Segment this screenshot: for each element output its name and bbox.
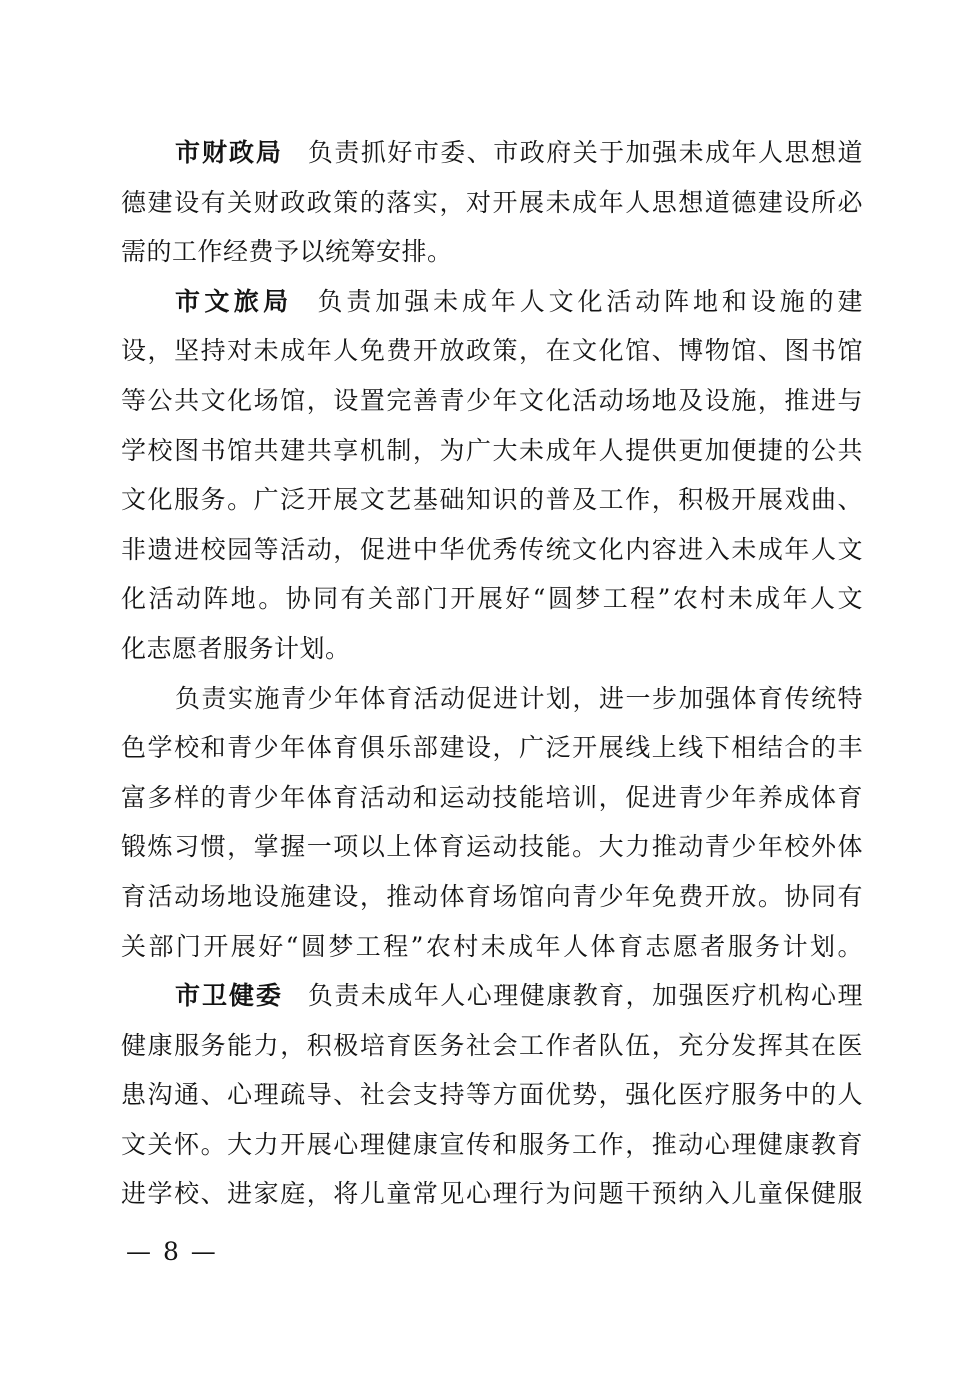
line-text: 关部门开展好“圆梦工程”农村未成年人体育志愿者服务计划。 — [121, 932, 863, 961]
paragraph-last-line: 需的工作经费予以统筹安排。 — [121, 227, 863, 277]
text-line: 富多样的青少年体育活动和运动技能培训，促进青少年养成体育 — [121, 773, 863, 823]
line-text: 负责未成年人心理健康教育，加强医疗机构心理 — [308, 981, 863, 1010]
line-text: 化活动阵地。协同有关部门开展好“圆梦工程”农村未成年人文 — [121, 584, 863, 613]
paragraph-first-line: 市文旅局负责加强未成年人文化活动阵地和设施的建 — [121, 277, 863, 327]
line-text: 健康服务能力，积极培育医务社会工作者队伍，充分发挥其在医 — [121, 1031, 863, 1060]
document-page: 市财政局负责抓好市委、市政府关于加强未成年人思想道 德建设有关财政政策的落实，对… — [0, 0, 980, 1386]
text-line: 学校图书馆共建共享机制，为广大未成年人提供更加便捷的公共 — [121, 426, 863, 476]
paragraph-first-line: 市财政局负责抓好市委、市政府关于加强未成年人思想道 — [121, 128, 863, 178]
line-text: 设，坚持对未成年人免费开放政策，在文化馆、博物馆、图书馆 — [121, 336, 863, 365]
line-text: 富多样的青少年体育活动和运动技能培训，促进青少年养成体育 — [121, 783, 863, 812]
department-heading: 市卫健委 — [175, 981, 283, 1010]
text-line: 色学校和青少年体育俱乐部建设，广泛开展线上线下相结合的丰 — [121, 723, 863, 773]
line-text: 育活动场地设施建设，推动体育场馆向青少年免费开放。协同有 — [121, 882, 863, 911]
line-text: 非遗进校园等活动，促进中华优秀传统文化内容进入未成年人文 — [121, 535, 863, 564]
text-line: 关部门开展好“圆梦工程”农村未成年人体育志愿者服务计划。 — [121, 922, 863, 972]
text-line: 德建设有关财政政策的落实，对开展未成年人思想道德建设所必 — [121, 178, 863, 228]
line-text: 负责实施青少年体育活动促进计划，进一步加强体育传统特 — [175, 684, 863, 713]
text-line: 设，坚持对未成年人免费开放政策，在文化馆、博物馆、图书馆 — [121, 326, 863, 376]
line-text: 负责加强未成年人文化活动阵地和设施的建 — [318, 287, 863, 316]
text-line: 患沟通、心理疏导、社会支持等方面优势，强化医疗服务中的人 — [121, 1070, 863, 1120]
text-line: 进学校、进家庭，将儿童常见心理行为问题干预纳入儿童保健服 — [121, 1169, 863, 1219]
text-line: 文关怀。大力开展心理健康宣传和服务工作，推动心理健康教育 — [121, 1120, 863, 1170]
text-line: 锻炼习惯，掌握一项以上体育运动技能。大力推动青少年校外体 — [121, 822, 863, 872]
text-line: 非遗进校园等活动，促进中华优秀传统文化内容进入未成年人文 — [121, 525, 863, 575]
page-number: — 8 — — [126, 1237, 218, 1266]
text-line: 等公共文化场馆，设置完善青少年文化活动场地及设施，推进与 — [121, 376, 863, 426]
line-text: 化志愿者服务计划。 — [121, 634, 351, 663]
line-text: 色学校和青少年体育俱乐部建设，广泛开展线上线下相结合的丰 — [121, 733, 863, 762]
paragraph-first-line: 市卫健委负责未成年人心理健康教育，加强医疗机构心理 — [121, 971, 863, 1021]
line-text: 德建设有关财政政策的落实，对开展未成年人思想道德建设所必 — [121, 188, 863, 217]
line-text: 锻炼习惯，掌握一项以上体育运动技能。大力推动青少年校外体 — [121, 832, 863, 861]
line-text: 文关怀。大力开展心理健康宣传和服务工作，推动心理健康教育 — [121, 1130, 863, 1159]
paragraph-first-line: 负责实施青少年体育活动促进计划，进一步加强体育传统特 — [121, 674, 863, 724]
paragraph-last-line: 化志愿者服务计划。 — [121, 624, 863, 674]
department-heading: 市文旅局 — [175, 287, 293, 316]
line-text: 等公共文化场馆，设置完善青少年文化活动场地及设施，推进与 — [121, 386, 863, 415]
text-line: 育活动场地设施建设，推动体育场馆向青少年免费开放。协同有 — [121, 872, 863, 922]
text-line: 化活动阵地。协同有关部门开展好“圆梦工程”农村未成年人文 — [121, 574, 863, 624]
line-text: 负责抓好市委、市政府关于加强未成年人思想道 — [308, 138, 863, 167]
text-line: 健康服务能力，积极培育医务社会工作者队伍，充分发挥其在医 — [121, 1021, 863, 1071]
text-line: 文化服务。广泛开展文艺基础知识的普及工作，积极开展戏曲、 — [121, 475, 863, 525]
line-text: 学校图书馆共建共享机制，为广大未成年人提供更加便捷的公共 — [121, 436, 863, 465]
line-text: 文化服务。广泛开展文艺基础知识的普及工作，积极开展戏曲、 — [121, 485, 863, 514]
line-text: 进学校、进家庭，将儿童常见心理行为问题干预纳入儿童保健服 — [121, 1179, 863, 1208]
line-text: 需的工作经费予以统筹安排。 — [121, 237, 453, 266]
document-body: 市财政局负责抓好市委、市政府关于加强未成年人思想道 德建设有关财政政策的落实，对… — [121, 128, 863, 1219]
line-text: 患沟通、心理疏导、社会支持等方面优势，强化医疗服务中的人 — [121, 1080, 863, 1109]
department-heading: 市财政局 — [175, 138, 283, 167]
